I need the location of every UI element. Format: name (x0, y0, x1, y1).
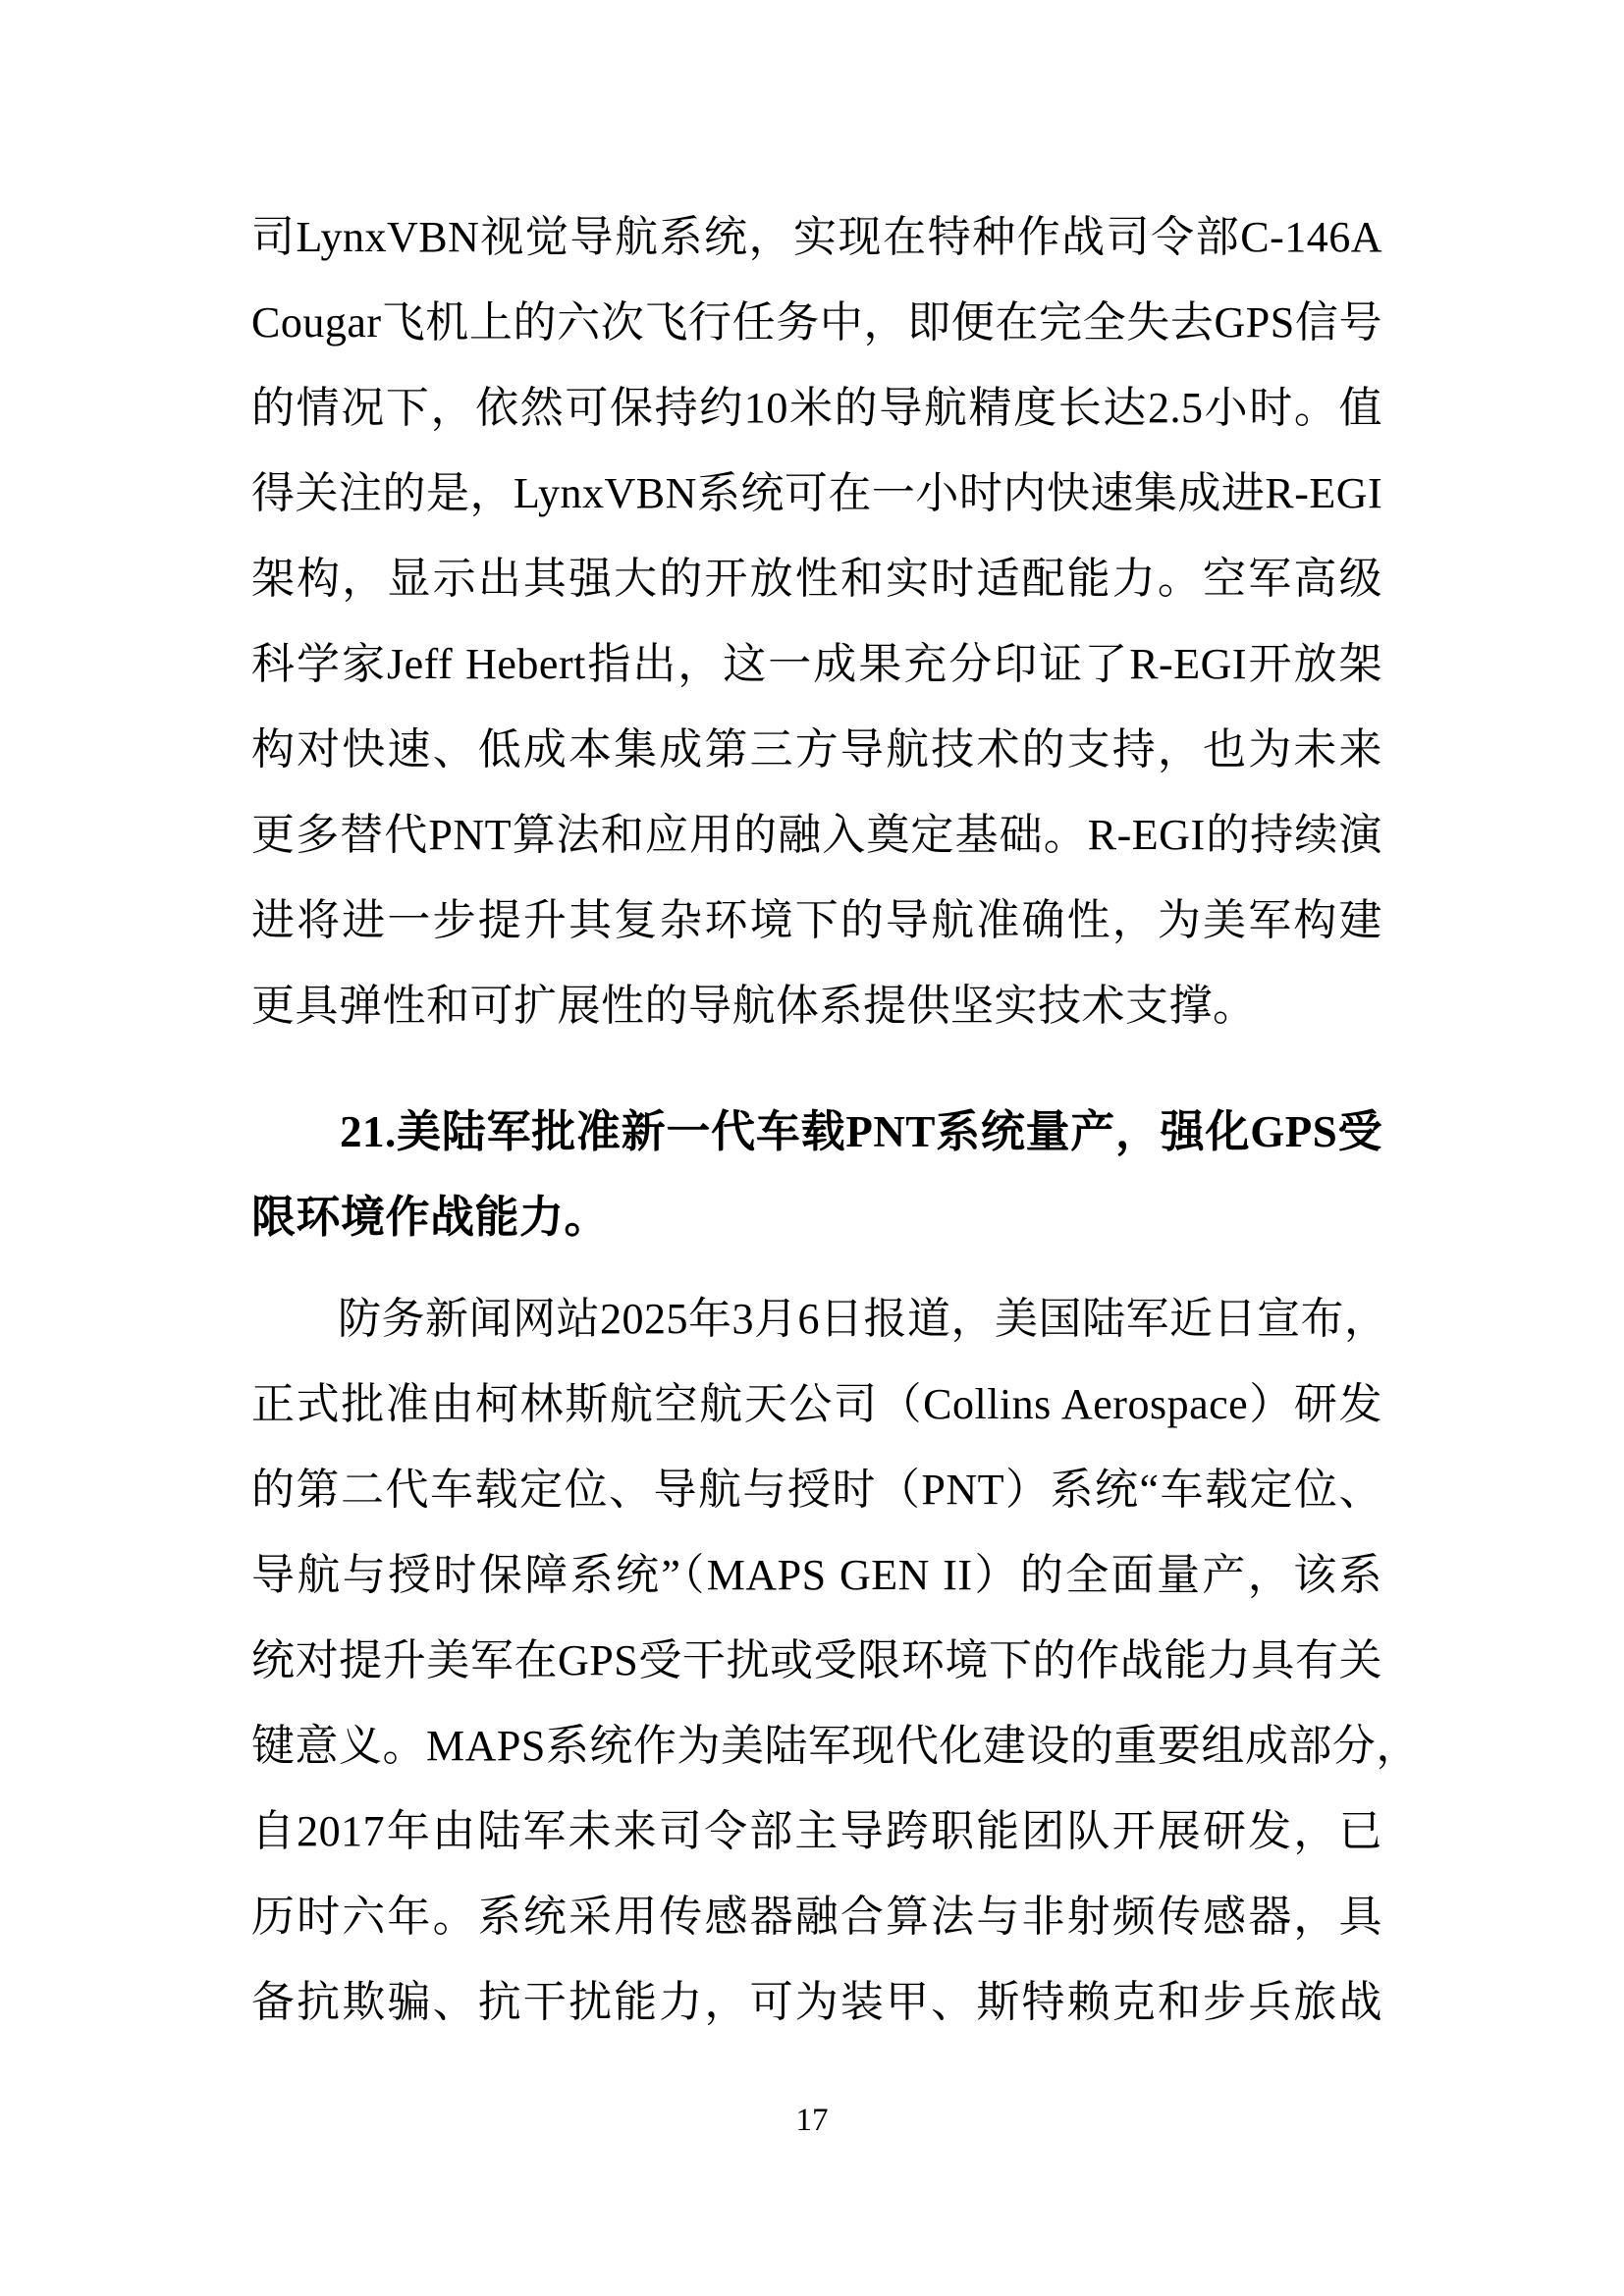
section-heading-line: 21.美陆军批准新一代车载PNT系统量产，强化GPS受 (251, 1090, 1382, 1175)
body-line: 进将进一步提升其复杂环境下的导航准确性，为美军构建 (251, 878, 1382, 963)
section-heading-21: 21.美陆军批准新一代车载PNT系统量产，强化GPS受 限环境作战能力。 (251, 1090, 1382, 1260)
body-line: 科学家Jeff Hebert指出，这一成果充分印证了R-EGI开放架 (251, 621, 1382, 707)
section-heading-line: 限环境作战能力。 (251, 1175, 1382, 1260)
document-page: 司LynxVBN视觉导航系统，实现在特种作战司令部C-146A Cougar飞机… (0, 0, 1624, 2296)
body-line: 防务新闻网站2025年3月6日报道，美国陆军近日宣布， (251, 1276, 1382, 1362)
paragraph-body: 防务新闻网站2025年3月6日报道，美国陆军近日宣布， 正式批准由柯林斯航空航天… (251, 1276, 1382, 2045)
body-line: 备抗欺骗、抗干扰能力，可为装甲、斯特赖克和步兵旅战 (251, 1959, 1382, 2045)
body-line: 自2017年由陆军未来司令部主导跨职能团队开展研发，已 (251, 1789, 1382, 1874)
paragraph-continuation: 司LynxVBN视觉导航系统，实现在特种作战司令部C-146A Cougar飞机… (251, 194, 1382, 1048)
page-content: 司LynxVBN视觉导航系统，实现在特种作战司令部C-146A Cougar飞机… (251, 194, 1382, 2045)
body-line: 正式批准由柯林斯航空航天公司（Collins Aerospace）研发 (251, 1362, 1382, 1447)
body-line: Cougar飞机上的六次飞行任务中，即便在完全失去GPS信号 (251, 280, 1382, 365)
body-line: 构对快速、低成本集成第三方导航技术的支持，也为未来 (251, 707, 1382, 792)
body-line: 的情况下，依然可保持约10米的导航精度长达2.5小时。值 (251, 365, 1382, 451)
body-line: 统对提升美军在GPS受干扰或受限环境下的作战能力具有关 (251, 1618, 1382, 1703)
body-line: 的第二代车载定位、导航与授时（PNT）系统“车载定位、 (251, 1447, 1382, 1532)
body-line: 得关注的是，LynxVBN系统可在一小时内快速集成进R-EGI (251, 451, 1382, 536)
body-line: 更具弹性和可扩展性的导航体系提供坚实技术支撑。 (251, 963, 1382, 1048)
body-line: 司LynxVBN视觉导航系统，实现在特种作战司令部C-146A (251, 194, 1382, 280)
body-line: 更多替代PNT算法和应用的融入奠定基础。R-EGI的持续演 (251, 792, 1382, 878)
body-line: 导航与授时保障系统”（MAPS GEN II）的全面量产，该系 (251, 1532, 1382, 1618)
page-number: 17 (0, 2101, 1624, 2140)
body-line: 架构，显示出其强大的开放性和实时适配能力。空军高级 (251, 536, 1382, 621)
body-line: 键意义。MAPS系统作为美陆军现代化建设的重要组成部分， (251, 1703, 1382, 1789)
body-line: 历时六年。系统采用传感器融合算法与非射频传感器，具 (251, 1874, 1382, 1959)
